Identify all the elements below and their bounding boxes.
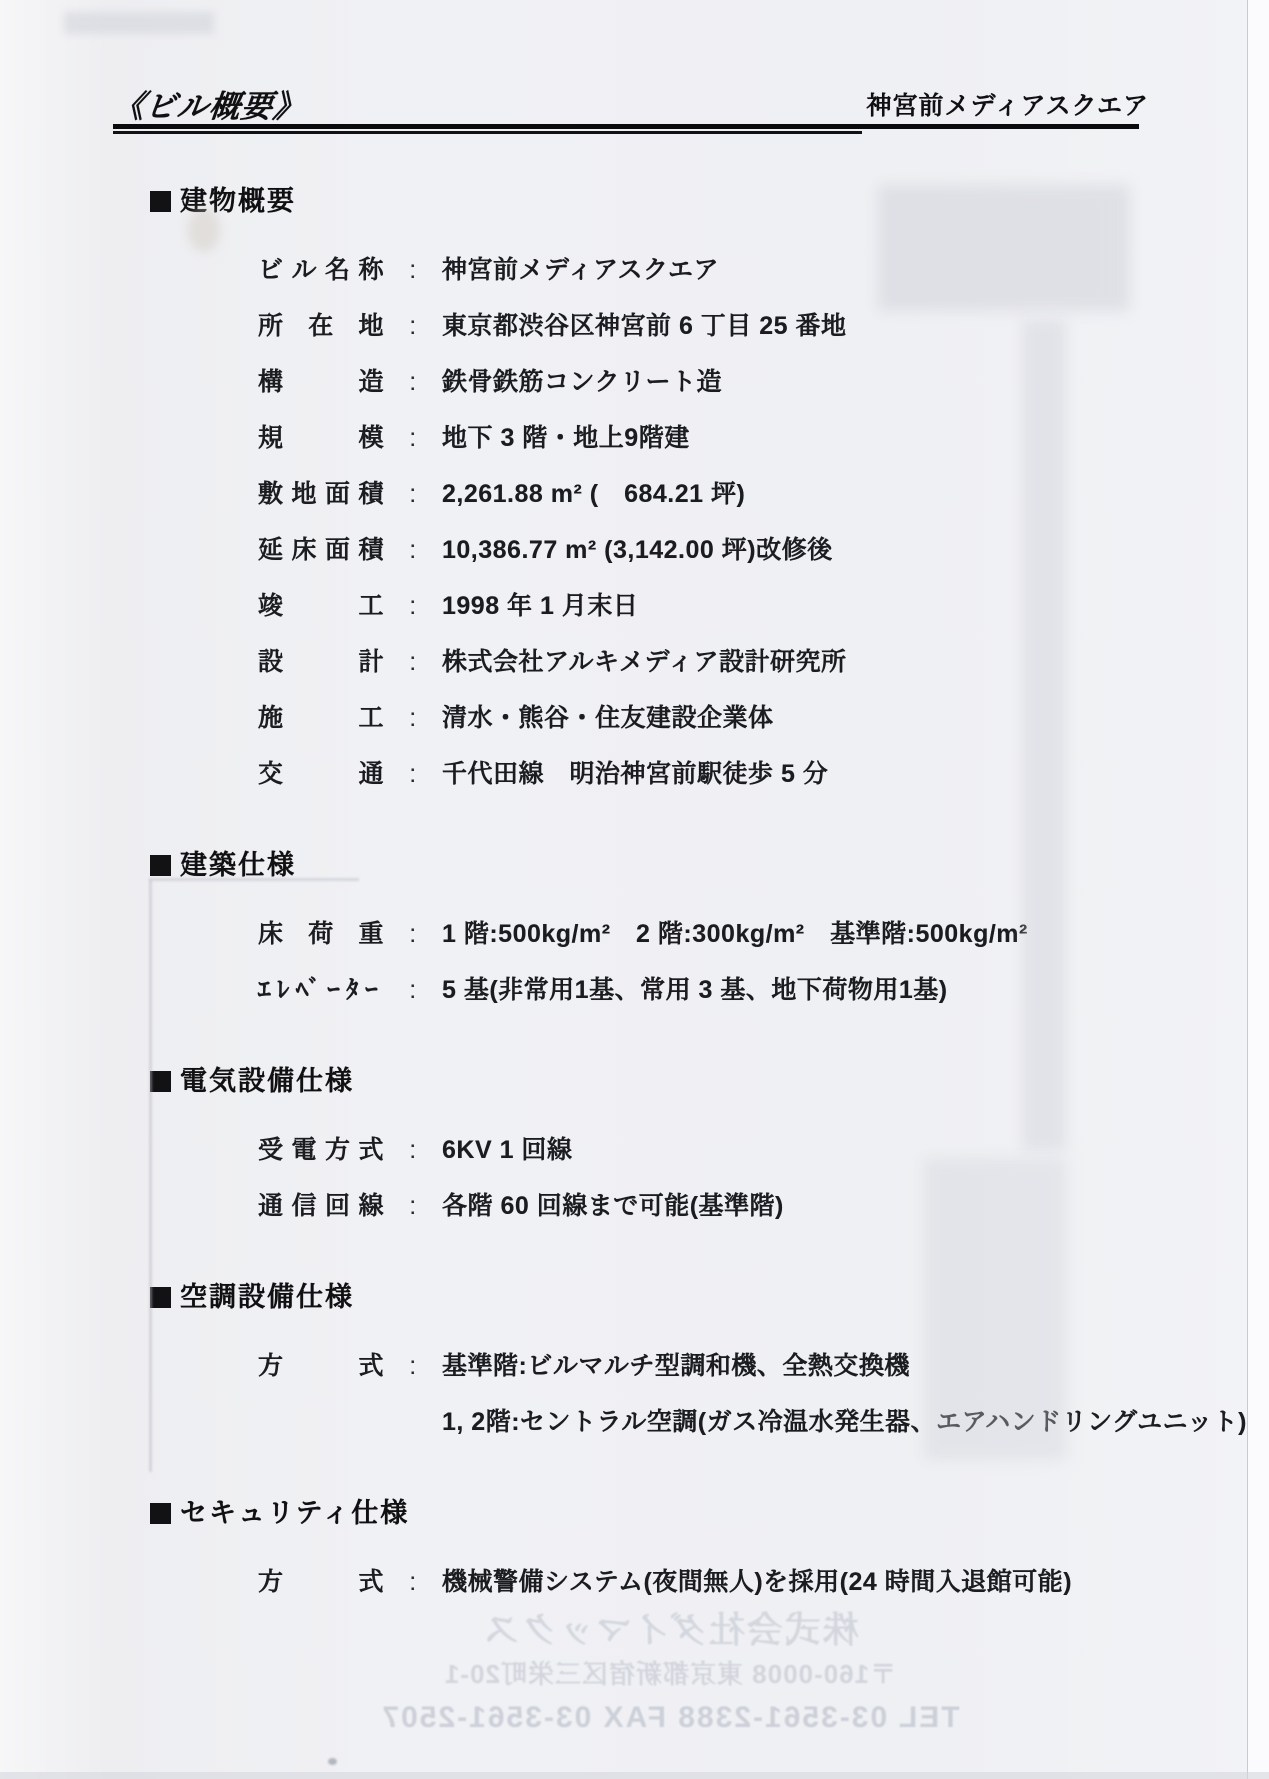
row-colon: : — [384, 760, 442, 788]
row-colon: : — [384, 312, 442, 340]
spec-row: 受電方式 : 6KV 1 回線 — [150, 1136, 1150, 1164]
row-label: ビル名称 — [258, 256, 384, 284]
row-value: 1 階:500kg/m² 2 階:300kg/m² 基準階:500kg/m² — [442, 920, 1150, 948]
row-colon: : — [384, 1568, 442, 1596]
section-rows: ビル名称 : 神宮前メディアスクエア 所在地 : 東京都渋谷区神宮前 6 丁目 … — [150, 256, 1150, 788]
row-colon: : — [384, 536, 442, 564]
row-value: 神宮前メディアスクエア — [442, 256, 1150, 284]
page-header: 《ビル概要》 神宮前メディアスクエア — [113, 0, 1153, 124]
section-heading: 電気設備仕様 — [150, 1066, 1150, 1096]
row-label: 方式 — [258, 1568, 384, 1596]
row-colon: : — [384, 1192, 442, 1220]
spec-row: 延床面積 : 10,386.77 m² (3,142.00 坪)改修後 — [150, 536, 1150, 564]
row-label: 受電方式 — [258, 1136, 384, 1164]
scan-edge-right — [1247, 0, 1269, 1779]
section-heading: セキュリティ仕様 — [150, 1498, 1150, 1528]
section-title: 空調設備仕様 — [180, 1282, 354, 1312]
spec-row: 交通 : 千代田線 明治神宮前駅徒歩 5 分 — [150, 760, 1150, 788]
spec-section: 電気設備仕様 受電方式 : 6KV 1 回線 通信回線 : 各階 60 回線まで… — [150, 1066, 1150, 1220]
spec-row: 竣工 : 1998 年 1 月末日 — [150, 592, 1150, 620]
scan-left-highlight — [0, 0, 108, 1779]
bleedthrough-line: 株式会社ダイマックス — [290, 1608, 1050, 1652]
spec-row: 施工 : 清水・熊谷・住友建設企業体 — [150, 704, 1150, 732]
row-value: 10,386.77 m² (3,142.00 坪)改修後 — [442, 536, 1150, 564]
row-colon — [384, 1408, 442, 1436]
row-colon: : — [384, 704, 442, 732]
row-value: 東京都渋谷区神宮前 6 丁目 25 番地 — [442, 312, 1150, 340]
row-label: 規模 — [258, 424, 384, 452]
section-heading: 建築仕様 — [150, 850, 1150, 880]
row-label: 通信回線 — [258, 1192, 384, 1220]
section-marker-icon — [150, 1503, 171, 1524]
row-label — [258, 1408, 384, 1436]
section-heading: 建物概要 — [150, 186, 1150, 216]
row-colon: : — [384, 592, 442, 620]
spec-section: 建築仕様 床荷重 : 1 階:500kg/m² 2 階:300kg/m² 基準階… — [150, 850, 1150, 1004]
row-label: 竣工 — [258, 592, 384, 620]
row-value: 2,261.88 m² ( 684.21 坪) — [442, 480, 1150, 508]
row-label: 床荷重 — [258, 920, 384, 948]
spec-section: 建物概要 ビル名称 : 神宮前メディアスクエア 所在地 : 東京都渋谷区神宮前 … — [150, 186, 1150, 788]
spec-row: 方式 : 基準階:ビルマルチ型調和機、全熱交換機 — [150, 1352, 1150, 1380]
section-marker-icon — [150, 1287, 171, 1308]
document-title: 《ビル概要》 — [111, 90, 307, 124]
section-heading: 空調設備仕様 — [150, 1282, 1150, 1312]
row-label: 設計 — [258, 648, 384, 676]
row-label: 構造 — [258, 368, 384, 396]
section-rows: 床荷重 : 1 階:500kg/m² 2 階:300kg/m² 基準階:500k… — [150, 920, 1150, 1004]
row-colon: : — [384, 256, 442, 284]
row-colon: : — [384, 1136, 442, 1164]
spec-row: 構造 : 鉄骨鉄筋コンクリート造 — [150, 368, 1150, 396]
row-value: 5 基(非常用1基、常用 3 基、地下荷物用1基) — [442, 976, 1150, 1004]
spec-row: 通信回線 : 各階 60 回線まで可能(基準階) — [150, 1192, 1150, 1220]
row-colon: : — [384, 920, 442, 948]
spec-row: ｴﾚﾍﾞｰﾀｰ : 5 基(非常用1基、常用 3 基、地下荷物用1基) — [150, 976, 1150, 1004]
bleedthrough-text: 株式会社ダイマックス〒160-0008 東京都新宿区三栄町20-1TEL 03-… — [290, 1608, 1050, 1740]
spec-row: 所在地 : 東京都渋谷区神宮前 6 丁目 25 番地 — [150, 312, 1150, 340]
row-colon: : — [384, 648, 442, 676]
spec-sections: 建物概要 ビル名称 : 神宮前メディアスクエア 所在地 : 東京都渋谷区神宮前 … — [150, 186, 1150, 1596]
building-name: 神宮前メディアスクエア — [862, 92, 1153, 124]
section-title: 建築仕様 — [180, 850, 296, 880]
row-value: 6KV 1 回線 — [442, 1136, 1150, 1164]
row-value: 機械警備システム(夜間無人)を採用(24 時間入退館可能) — [442, 1568, 1150, 1596]
row-value: 地下 3 階・地上9階建 — [442, 424, 1150, 452]
header-rule — [113, 124, 1139, 138]
bleedthrough-line: 〒160-0008 東京都新宿区三栄町20-1 — [290, 1652, 1050, 1696]
section-rows: 方式 : 機械警備システム(夜間無人)を採用(24 時間入退館可能) — [150, 1568, 1150, 1596]
row-value: 千代田線 明治神宮前駅徒歩 5 分 — [442, 760, 1150, 788]
row-colon: : — [384, 368, 442, 396]
section-marker-icon — [150, 855, 171, 876]
row-label: 所在地 — [258, 312, 384, 340]
row-colon: : — [384, 480, 442, 508]
row-colon: : — [384, 424, 442, 452]
row-label: 延床面積 — [258, 536, 384, 564]
row-label: 敷地面積 — [258, 480, 384, 508]
document-page: 《ビル概要》 神宮前メディアスクエア 建物概要 ビル名称 : 神宮前メディアスク… — [0, 0, 1269, 1779]
section-marker-icon — [150, 191, 171, 212]
spec-row: ビル名称 : 神宮前メディアスクエア — [150, 256, 1150, 284]
section-title: 電気設備仕様 — [180, 1066, 354, 1096]
spec-row: 方式 : 機械警備システム(夜間無人)を採用(24 時間入退館可能) — [150, 1568, 1150, 1596]
row-colon: : — [384, 976, 442, 1004]
section-title: 建物概要 — [180, 186, 296, 216]
section-title: セキュリティ仕様 — [180, 1498, 409, 1528]
spec-row: 規模 : 地下 3 階・地上9階建 — [150, 424, 1150, 452]
spec-row: 1, 2階:セントラル空調(ガス冷温水発生器、エアハンドリングユニット) — [150, 1408, 1150, 1436]
row-value: 鉄骨鉄筋コンクリート造 — [442, 368, 1150, 396]
row-label: 施工 — [258, 704, 384, 732]
row-value: 基準階:ビルマルチ型調和機、全熱交換機 — [442, 1352, 1150, 1380]
header-rule-thin — [113, 131, 862, 134]
row-value: 清水・熊谷・住友建設企業体 — [442, 704, 1150, 732]
row-value: 1998 年 1 月末日 — [442, 592, 1150, 620]
row-value: 各階 60 回線まで可能(基準階) — [442, 1192, 1150, 1220]
spec-section: 空調設備仕様 方式 : 基準階:ビルマルチ型調和機、全熱交換機 1, 2階:セン… — [150, 1282, 1150, 1436]
spec-row: 敷地面積 : 2,261.88 m² ( 684.21 坪) — [150, 480, 1150, 508]
header-rule-thick — [113, 124, 1139, 129]
section-rows: 方式 : 基準階:ビルマルチ型調和機、全熱交換機 1, 2階:セントラル空調(ガ… — [150, 1352, 1150, 1436]
scanned-document: { "colors": { "ink": "#1b1c1f", "paper":… — [0, 0, 1269, 1779]
scan-edge-bottom — [0, 1772, 1269, 1779]
row-label: 交通 — [258, 760, 384, 788]
row-label: ｴﾚﾍﾞｰﾀｰ — [258, 976, 384, 1004]
spec-row: 床荷重 : 1 階:500kg/m² 2 階:300kg/m² 基準階:500k… — [150, 920, 1150, 948]
section-marker-icon — [150, 1071, 171, 1092]
row-label: 方式 — [258, 1352, 384, 1380]
row-colon: : — [384, 1352, 442, 1380]
scan-speck — [328, 1758, 337, 1765]
row-value: 1, 2階:セントラル空調(ガス冷温水発生器、エアハンドリングユニット) — [442, 1408, 1247, 1436]
bleedthrough-line: TEL 03-3561-2388 FAX 03-3561-2507 — [290, 1696, 1050, 1740]
spec-row: 設計 : 株式会社アルキメディア設計研究所 — [150, 648, 1150, 676]
section-rows: 受電方式 : 6KV 1 回線 通信回線 : 各階 60 回線まで可能(基準階) — [150, 1136, 1150, 1220]
spec-section: セキュリティ仕様 方式 : 機械警備システム(夜間無人)を採用(24 時間入退館… — [150, 1498, 1150, 1596]
row-value: 株式会社アルキメディア設計研究所 — [442, 648, 1150, 676]
